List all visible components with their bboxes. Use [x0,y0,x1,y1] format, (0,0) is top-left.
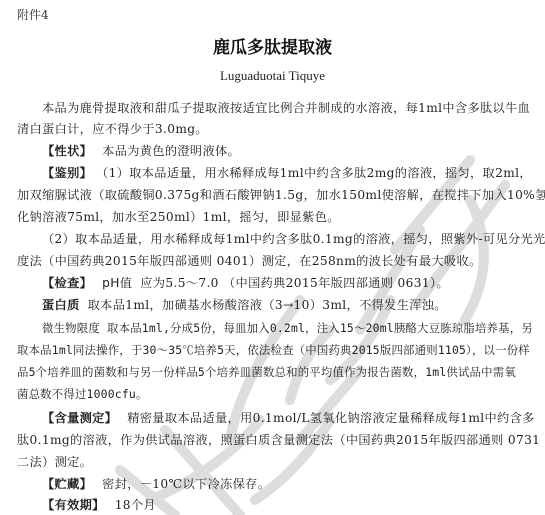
assay-line-1: 精密量取本品适量，用0.1mol/L氢氧化钠溶液定量稀释成每1ml中约含多 [127,411,534,425]
section-inspection: 【检查】pH值应为5.5～7.0 （中国药典2015年版四部通则 0631）。 [42,275,545,291]
inspection-label: 【检查】 [42,276,92,290]
ph-label: pH值 [102,276,132,290]
attachment-label: 附件4 [17,6,49,23]
microbe-line-1: 微生物限度 取本品1ml,分成5份，每皿加入0.2ml，注入15～20ml胰酪大… [42,320,545,336]
intro-line-1: 本品为鹿骨提取液和甜瓜子提取液按适宜比例合并制成的水溶液，每1ml中含多肽以牛血 [42,100,545,116]
section-character: 【性状】本品为黄色的澄明液体。 [42,143,545,159]
identification-line-1: （1）取本品适量，用水稀释成每1ml中约含多肽2mg的溶液，摇匀，取2ml， [102,166,532,180]
identification-line-4: （2）取本品适量，用水稀释成每1ml中约含多肽0.1mg的溶液，摇匀，照紫外-可… [42,231,545,247]
document-subtitle: Luguaduotai Tiquye [0,68,545,84]
ph-text: 应为5.5～7.0 （中国药典2015年版四部通则 0631）。 [140,276,449,290]
assay-label: 【含量测定】 [42,411,117,425]
document-page: 附件4 鹿瓜多肽提取液 Luguaduotai Tiquye 本品为鹿骨提取液和… [0,0,545,515]
storage-text: 密封，－10℃以下冷冻保存。 [102,477,270,491]
microbe-text-1: 取本品1ml,分成5份，每皿加入0.2ml，注入15～20ml胰酪大豆胨琼脂培养… [107,321,533,335]
assay-line-2: 肽0.1mg的溶液，作为供试品溶液，照蛋白质含量测定法（中国药典2015年版四部… [17,432,537,448]
identification-line-5: 度法（中国药典2015年版四部通则 0401）测定，在258nm的波长处有最大吸… [17,253,537,269]
character-text: 本品为黄色的澄明液体。 [102,144,240,158]
protein-line: 蛋白质取本品1ml，加磺基水杨酸溶液（3→10）3ml，不得发生浑浊。 [42,297,545,313]
microbe-line-4: 菌总数不得过1000cfu。 [17,386,537,402]
section-identification: 【鉴别】（1）取本品适量，用水稀释成每1ml中约含多肽2mg的溶液，摇匀，取2m… [42,165,545,181]
character-label: 【性状】 [42,144,92,158]
section-storage: 【贮藏】密封，－10℃以下冷冻保存。 [42,476,545,492]
storage-label: 【贮藏】 [42,477,92,491]
protein-label: 蛋白质 [42,298,80,312]
microbe-label: 微生物限度 [42,321,100,335]
microbe-line-2: 取本品1ml同法操作，于30～35℃培养5天，依法检查（中国药典2015版四部通… [17,342,537,358]
protein-text: 取本品1ml，加磺基水杨酸溶液（3→10）3ml，不得发生浑浊。 [88,298,447,312]
section-assay: 【含量测定】精密量取本品适量，用0.1mol/L氢氧化钠溶液定量稀释成每1ml中… [42,410,545,426]
microbe-line-3: 品5个培养皿的菌数和与另一份样品5个培养皿菌数总和的平均值作为报告菌数，1ml供… [17,364,537,380]
identification-label: 【鉴别】 [42,166,92,180]
identification-line-3: 化钠溶液75ml，加水至250ml）1ml，摇匀，即显紫色。 [17,209,537,225]
assay-line-3: 二法）测定。 [17,454,537,470]
identification-line-2: 加双缩脲试液（取硫酸铜0.375g和酒石酸钾钠1.5g，加水150ml使溶解，在… [17,187,537,203]
intro-line-2: 清白蛋白计，应不得少于3.0mg。 [17,121,537,137]
section-validity: 【有效期】18个月 [42,497,545,513]
validity-text: 18个月 [115,498,156,512]
validity-label: 【有效期】 [42,498,105,512]
document-title: 鹿瓜多肽提取液 [0,33,545,58]
